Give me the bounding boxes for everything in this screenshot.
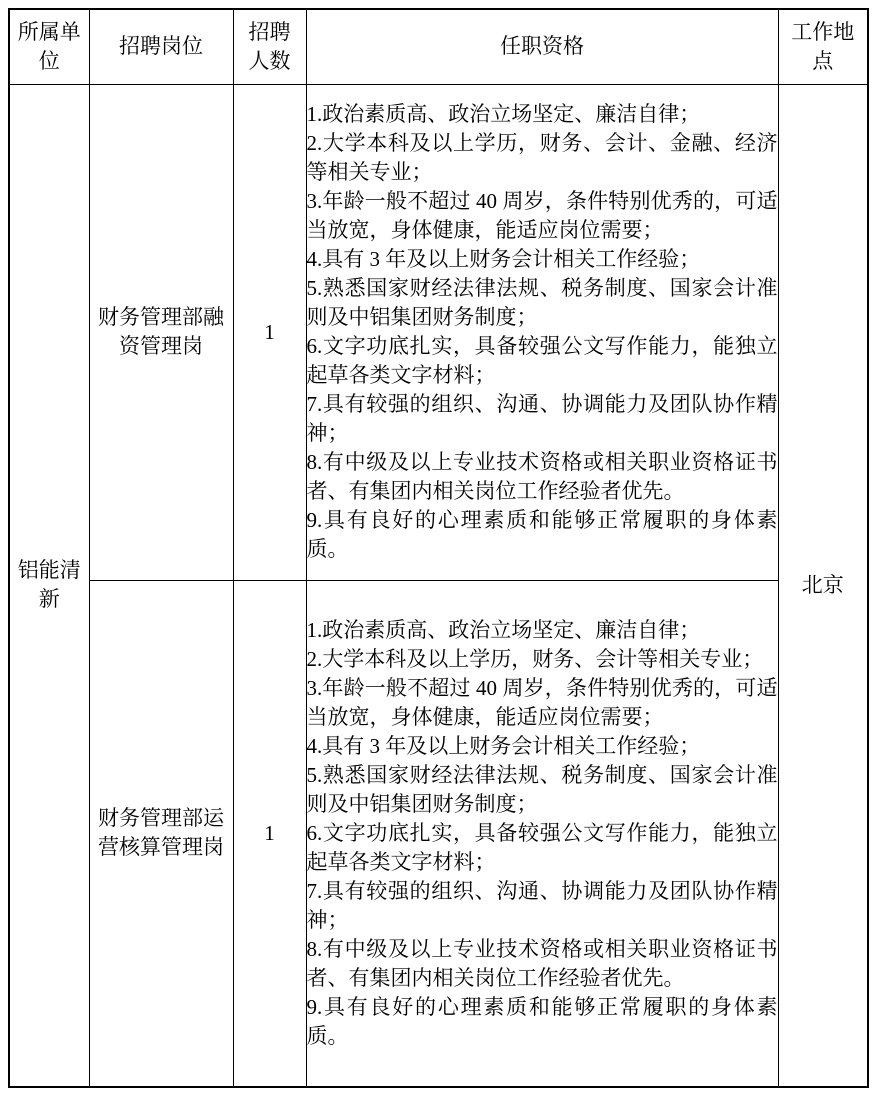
qualifications-cell-1: 1.政治素质高、政治立场坚定、廉洁自律； 2.大学本科及以上学历，财务、会计、金… (306, 84, 778, 580)
count-cell-1: 1 (233, 84, 306, 580)
qualification-item: 1.政治素质高、政治立场坚定、廉洁自律； (307, 100, 778, 129)
position-cell-1: 财务管理部融 资管理岗 (89, 84, 233, 580)
qualification-item: 7.具有较强的组织、沟通、协调能力及团队协作精神； (307, 390, 778, 448)
table-row-2: 财务管理部运 营核算管理岗 1 1.政治素质高、政治立场坚定、廉洁自律； 2.大… (9, 580, 868, 1087)
document-page: 所属单 位 招聘岗位 招聘 人数 任职资格 工作地 点 铝能清 新 财务管理部融… (8, 8, 869, 1088)
table-row-1: 铝能清 新 财务管理部融 资管理岗 1 1.政治素质高、政治立场坚定、廉洁自律；… (9, 84, 868, 580)
header-row: 所属单 位 招聘岗位 招聘 人数 任职资格 工作地 点 (9, 9, 868, 84)
qualification-item: 6.文字功底扎实，具备较强公文写作能力，能独立起草各类文字材料； (307, 819, 778, 877)
qualification-item: 1.政治素质高、政治立场坚定、廉洁自律； (307, 616, 778, 645)
header-position: 招聘岗位 (89, 9, 233, 84)
header-location: 工作地 点 (778, 9, 868, 84)
qualification-item: 5.熟悉国家财经法律法规、税务制度、国家会计准则及中铝集团财务制度； (307, 761, 778, 819)
qualification-item: 4.具有 3 年及以上财务会计相关工作经验； (307, 245, 778, 274)
qualification-item: 8.有中级及以上专业技术资格或相关职业资格证书者、有集团内相关岗位工作经验者优先… (307, 935, 778, 993)
qualification-item: 3.年龄一般不超过 40 周岁，条件特别优秀的，可适当放宽，身体健康，能适应岗位… (307, 674, 778, 732)
qualification-item: 8.有中级及以上专业技术资格或相关职业资格证书者、有集团内相关岗位工作经验者优先… (307, 448, 778, 506)
location-cell: 北京 (778, 84, 868, 1087)
header-count: 招聘 人数 (233, 9, 306, 84)
qualification-item: 6.文字功底扎实，具备较强公文写作能力，能独立起草各类文字材料； (307, 332, 778, 390)
unit-cell: 铝能清 新 (9, 84, 89, 1087)
count-cell-2: 1 (233, 580, 306, 1087)
position-cell-2: 财务管理部运 营核算管理岗 (89, 580, 233, 1087)
qualification-item: 4.具有 3 年及以上财务会计相关工作经验； (307, 732, 778, 761)
qualification-item: 7.具有较强的组织、沟通、协调能力及团队协作精神； (307, 877, 778, 935)
qualification-item: 9.具有良好的心理素质和能够正常履职的身体素质。 (307, 993, 778, 1051)
header-qualifications: 任职资格 (306, 9, 778, 84)
header-unit: 所属单 位 (9, 9, 89, 84)
qualification-item: 9.具有良好的心理素质和能够正常履职的身体素质。 (307, 506, 778, 564)
qualification-item: 3.年龄一般不超过 40 周岁，条件特别优秀的，可适当放宽，身体健康，能适应岗位… (307, 187, 778, 245)
qualification-item: 2.大学本科及以上学历，财务、会计、金融、经济等相关专业； (307, 129, 778, 187)
qualification-item: 5.熟悉国家财经法律法规、税务制度、国家会计准则及中铝集团财务制度； (307, 274, 778, 332)
recruitment-table: 所属单 位 招聘岗位 招聘 人数 任职资格 工作地 点 铝能清 新 财务管理部融… (8, 8, 869, 1088)
qualifications-cell-2: 1.政治素质高、政治立场坚定、廉洁自律； 2.大学本科及以上学历，财务、会计等相… (306, 580, 778, 1087)
qualification-item: 2.大学本科及以上学历，财务、会计等相关专业； (307, 645, 778, 674)
